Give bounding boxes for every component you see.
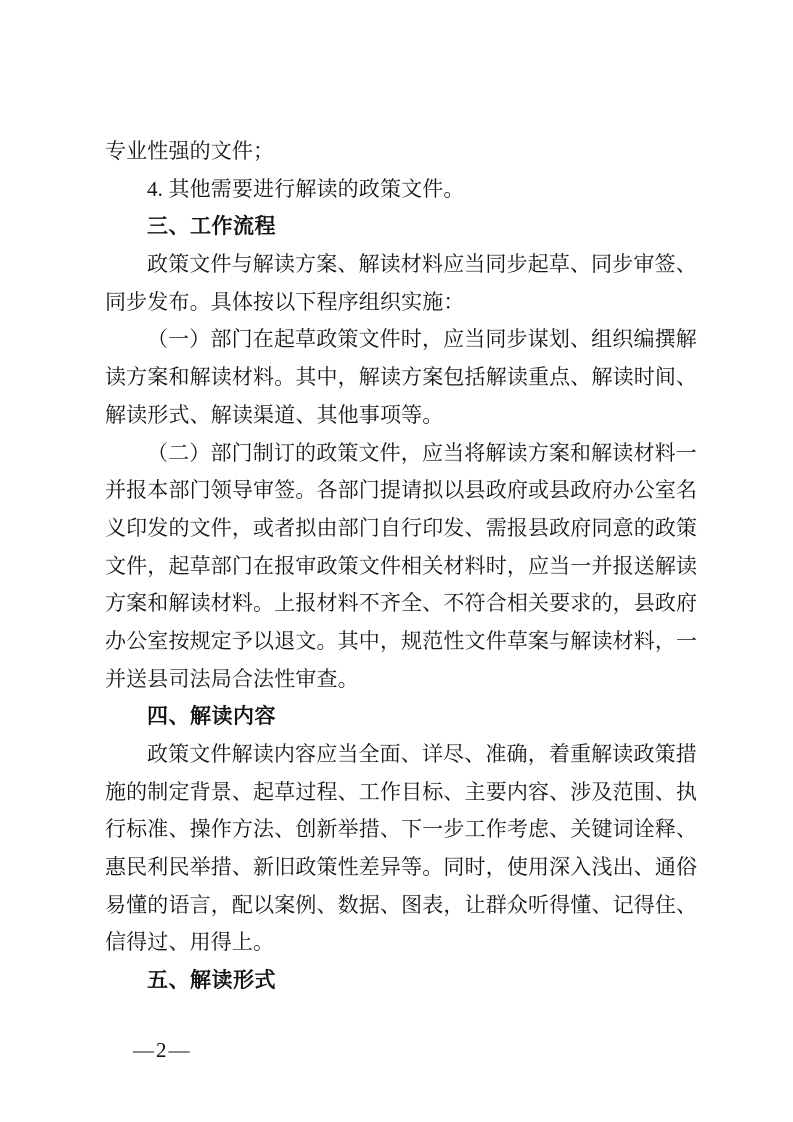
text-line: 行标准、操作方法、创新举措、下一步工作考虑、关键词诠释、 <box>105 811 698 849</box>
text-line: 信得过、用得上。 <box>105 924 698 962</box>
text-line: 4. 其他需要进行解读的政策文件。 <box>105 171 698 209</box>
text-line: 政策文件解读内容应当全面、详尽、准确，着重解读政策措 <box>105 736 698 774</box>
text-line: 专业性强的文件； <box>105 133 698 171</box>
text-line: （二）部门制订的政策文件，应当将解读方案和解读材料一 <box>105 435 698 473</box>
text-line: 政策文件与解读方案、解读材料应当同步起草、同步审签、 <box>105 246 698 284</box>
text-line: 方案和解读材料。上报材料不齐全、不符合相关要求的，县政府 <box>105 585 698 623</box>
text-line: 施的制定背景、起草过程、工作目标、主要内容、涉及范围、执 <box>105 774 698 812</box>
text-line: 义印发的文件，或者拟由部门自行印发、需报县政府同意的政策 <box>105 510 698 548</box>
text-line: （一）部门在起草政策文件时，应当同步谋划、组织编撰解 <box>105 321 698 359</box>
text-line: 惠民利民举措、新旧政策性差异等。同时，使用深入浅出、通俗 <box>105 849 698 887</box>
text-line: 办公室按规定予以退文。其中，规范性文件草案与解读材料，一 <box>105 623 698 661</box>
text-line: 并报本部门领导审签。各部门提请拟以县政府或县政府办公室名 <box>105 472 698 510</box>
text-line: 文件，起草部门在报审政策文件相关材料时，应当一并报送解读 <box>105 548 698 586</box>
section-heading: 五、解读形式 <box>105 962 698 1000</box>
document-page: 专业性强的文件；4. 其他需要进行解读的政策文件。三、工作流程政策文件与解读方案… <box>0 0 793 1122</box>
text-line: 读方案和解读材料。其中，解读方案包括解读重点、解读时间、 <box>105 359 698 397</box>
section-heading: 四、解读内容 <box>105 698 698 736</box>
section-heading: 三、工作流程 <box>105 208 698 246</box>
document-body: 专业性强的文件；4. 其他需要进行解读的政策文件。三、工作流程政策文件与解读方案… <box>105 133 698 1000</box>
text-line: 并送县司法局合法性审查。 <box>105 661 698 699</box>
text-line: 解读形式、解读渠道、其他事项等。 <box>105 397 698 435</box>
page-number: —2— <box>133 1036 192 1064</box>
text-line: 易懂的语言，配以案例、数据、图表，让群众听得懂、记得住、 <box>105 887 698 925</box>
text-line: 同步发布。具体按以下程序组织实施： <box>105 284 698 322</box>
